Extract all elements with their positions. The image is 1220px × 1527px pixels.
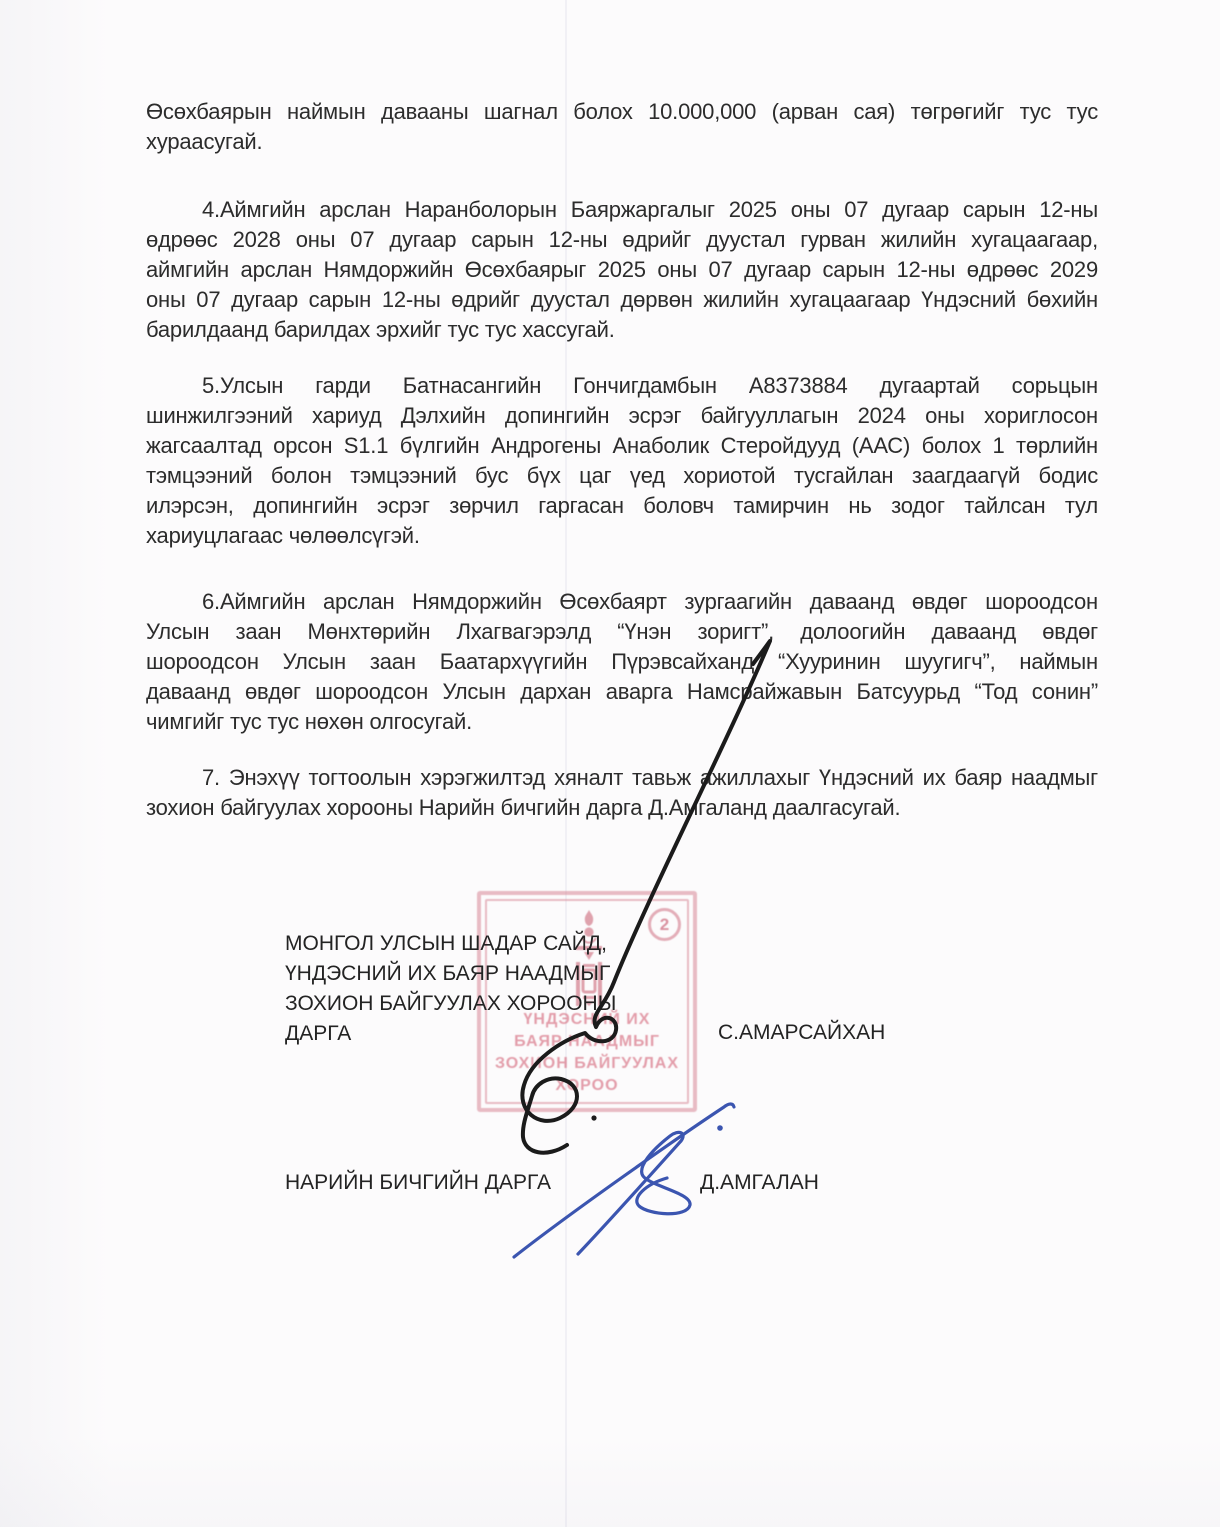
paragraph-7: 7. Энэхүү тогтоолын хэрэгжилтэд хяналт т… xyxy=(146,763,1098,823)
text-line: ҮНДЭСНИЙ ИХ БАЯР НААДМЫГ xyxy=(285,959,705,989)
text-line: жагсаалтад орсон S1.1 бүлгийн Андрогены … xyxy=(146,431,1098,461)
scan-edge-shading-left xyxy=(0,0,110,1527)
text-line: 7. Энэхүү тогтоолын хэрэгжилтэд хяналт т… xyxy=(146,763,1098,793)
text-line: хариуцлагаас чөлөөлсүгэй. xyxy=(146,521,1098,551)
text-line: илэрсэн, допингийн эсрэг зөрчил гаргасан… xyxy=(146,491,1098,521)
text-line: аймгийн арслан Нямдоржийн Өсөхбаярыг 202… xyxy=(146,255,1098,285)
chairman-title-block: МОНГОЛ УЛСЫН ШАДАР САЙД,ҮНДЭСНИЙ ИХ БАЯР… xyxy=(285,929,705,1049)
paragraph-4: 4.Аймгийн арслан Наранболорын Баяржаргал… xyxy=(146,195,1098,345)
chairman-name: С.АМАРСАЙХАН xyxy=(718,1021,885,1045)
text-line: даваанд өвдөг шороодсон Улсын дархан ава… xyxy=(146,677,1098,707)
text-line: тэмцээний болон тэмцээний бус бүх цаг үе… xyxy=(146,461,1098,491)
text-line: Өсөхбаярын наймын давааны шагнал болох 1… xyxy=(146,97,1098,127)
text-line: 4.Аймгийн арслан Наранболорын Баяржаргал… xyxy=(146,195,1098,225)
paragraph-6: 6.Аймгийн арслан Нямдоржийн Өсөхбаярт зу… xyxy=(146,587,1098,737)
signature-ink-dot xyxy=(717,1125,723,1131)
stray-ink-dot xyxy=(591,1115,596,1120)
paragraph-5: 5.Улсын гарди Батнасангийн Гончигдамбын … xyxy=(146,371,1098,551)
text-line: зохион байгуулах хорооны Нарийн бичгийн … xyxy=(146,793,1098,823)
text-line: шинжилгээний хариуд Дэлхийн допингийн эс… xyxy=(146,401,1098,431)
text-line: хураасугай. xyxy=(146,127,1098,157)
text-line: Улсын заан Мөнхтөрийн Лхагвагэрэлд “Үнэн… xyxy=(146,617,1098,647)
text-line: шороодсон Улсын заан Баатархүүгийн Пүрэв… xyxy=(146,647,1098,677)
secretary-name: Д.АМГАЛАН xyxy=(700,1171,819,1195)
scan-edge-shading-bottom xyxy=(0,1437,1220,1527)
text-line: оны 07 дугаар сарын 12-ны өдрийг дуустал… xyxy=(146,285,1098,315)
scanned-document-page: 2 ҮНДЭСНИЙ ИХБАЯР НААДМЫГЗОХИОН БАЙГУУЛА… xyxy=(0,0,1220,1527)
text-line: ДАРГА xyxy=(285,1019,705,1049)
secretary-title: НАРИЙН БИЧГИЙН ДАРГА xyxy=(285,1171,551,1195)
text-line: 5.Улсын гарди Батнасангийн Гончигдамбын … xyxy=(146,371,1098,401)
text-line: чимгийг тус тус нөхөн олгосугай. xyxy=(146,707,1098,737)
text-line: ЗОХИОН БАЙГУУЛАХ xyxy=(481,1053,693,1075)
text-line: ХОРОО xyxy=(481,1075,693,1097)
text-line: МОНГОЛ УЛСЫН ШАДАР САЙД, xyxy=(285,929,705,959)
text-line: өдрөөс 2028 оны 07 дугаар сарын 12-ны өд… xyxy=(146,225,1098,255)
text-line: ЗОХИОН БАЙГУУЛАХ ХОРООНЫ xyxy=(285,989,705,1019)
paragraph-continuation: Өсөхбаярын наймын давааны шагнал болох 1… xyxy=(146,97,1098,157)
text-line: барилдаанд барилдах эрхийг тус тус хассу… xyxy=(146,315,1098,345)
text-line: 6.Аймгийн арслан Нямдоржийн Өсөхбаярт зу… xyxy=(146,587,1098,617)
